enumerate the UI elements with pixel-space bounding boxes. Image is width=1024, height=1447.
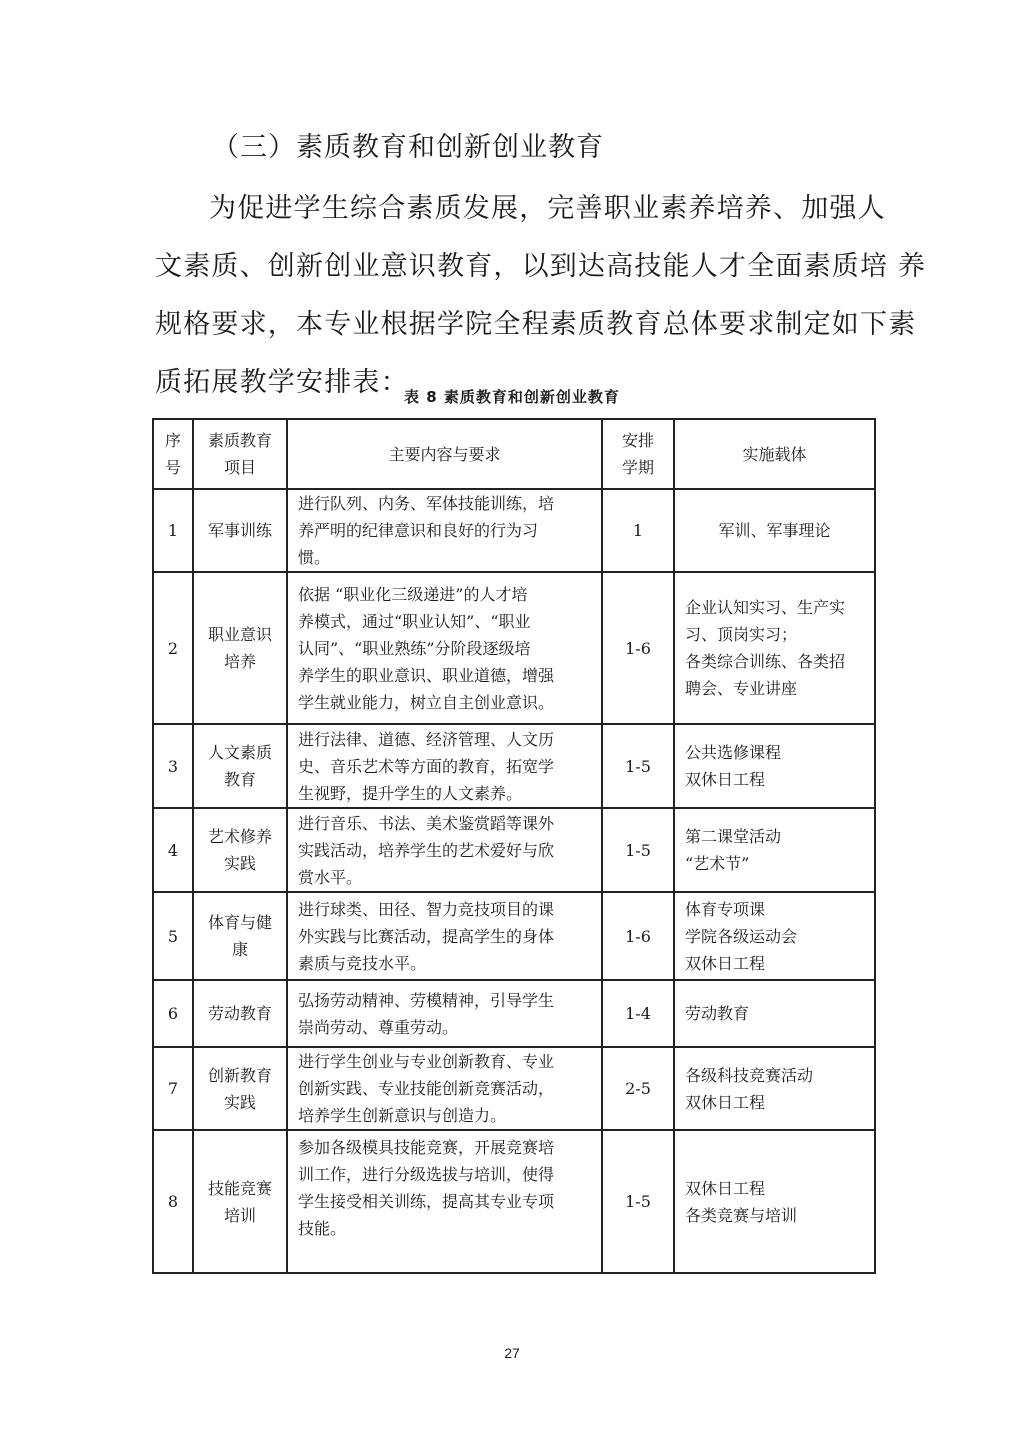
cell-index: 3	[153, 724, 193, 808]
cell-item: 劳动教育	[193, 980, 287, 1047]
cell-content: 依据 “职业化三级递进”的人才培养模式，通过“职业认知”、“职业认同”、“职业熟…	[287, 572, 602, 724]
header-content: 主要内容与要求	[287, 419, 602, 489]
table-row: 6劳动教育弘扬劳动精神、劳模精神，引导学生崇尚劳动、尊重劳动。1-4劳动教育	[153, 980, 875, 1047]
cell-index: 1	[153, 489, 193, 572]
table-row: 2职业意识培养依据 “职业化三级递进”的人才培养模式，通过“职业认知”、“职业认…	[153, 572, 875, 724]
cell-index: 8	[153, 1130, 193, 1273]
cell-carrier: 双休日工程各类竞赛与培训	[674, 1130, 875, 1273]
table-caption: 表 8 素质教育和创新创业教育	[0, 385, 1024, 409]
cell-content: 进行球类、田径、智力竞技项目的课外实践与比赛活动，提高学生的身体素质与竞技水平。	[287, 892, 602, 980]
cell-content: 进行音乐、书法、美术鉴赏蹈等课外实践活动，培养学生的艺术爱好与欣赏水平。	[287, 808, 602, 892]
cell-carrier: 企业认知实习、生产实习、顶岗实习；各类综合训练、各类招聘会、专业讲座	[674, 572, 875, 724]
cell-carrier: 体育专项课学院各级运动会双休日工程	[674, 892, 875, 980]
paragraph-line: 文素质、创新创业意识教育，以到达高技能人才全面素质培 养	[155, 238, 875, 296]
table-row: 7创新教育实践进行学生创业与专业创新教育、专业创新实践、专业技能创新竞赛活动，培…	[153, 1047, 875, 1130]
cell-term: 1-4	[602, 980, 674, 1047]
cell-carrier: 劳动教育	[674, 980, 875, 1047]
cell-content: 进行队列、内务、军体技能训练，培养严明的纪律意识和良好的行为习惯。	[287, 489, 602, 572]
table-row: 8技能竞赛培训参加各级模具技能竞赛，开展竞赛培训工作，进行分级选拔与培训，使得学…	[153, 1130, 875, 1273]
cell-item: 军事训练	[193, 489, 287, 572]
cell-index: 5	[153, 892, 193, 980]
quality-education-table: 序 号 素质教育 项目 主要内容与要求 安排 学期 实施载体 1军事训练进行队列…	[152, 418, 876, 1274]
page-number: 27	[0, 1345, 1024, 1361]
table-row: 5体育与健康进行球类、田径、智力竞技项目的课外实践与比赛活动，提高学生的身体素质…	[153, 892, 875, 980]
table-header-row: 序 号 素质教育 项目 主要内容与要求 安排 学期 实施载体	[153, 419, 875, 489]
cell-index: 7	[153, 1047, 193, 1130]
cell-index: 6	[153, 980, 193, 1047]
cell-item: 创新教育实践	[193, 1047, 287, 1130]
header-term: 安排 学期	[602, 419, 674, 489]
cell-index: 4	[153, 808, 193, 892]
cell-item: 体育与健康	[193, 892, 287, 980]
header-carrier: 实施载体	[674, 419, 875, 489]
cell-carrier: 公共选修课程双休日工程	[674, 724, 875, 808]
cell-term: 1-6	[602, 892, 674, 980]
cell-index: 2	[153, 572, 193, 724]
cell-term: 1	[602, 489, 674, 572]
section-heading: （三）素质教育和创新创业教育	[212, 128, 604, 168]
cell-carrier: 第二课堂活动 “艺术节”	[674, 808, 875, 892]
cell-content: 进行学生创业与专业创新教育、专业创新实践、专业技能创新竞赛活动，培养学生创新意识…	[287, 1047, 602, 1130]
table-row: 4艺术修养实践进行音乐、书法、美术鉴赏蹈等课外实践活动，培养学生的艺术爱好与欣赏…	[153, 808, 875, 892]
table-row: 3人文素质教育进行法律、道德、经济管理、人文历史、音乐艺术等方面的教育，拓宽学生…	[153, 724, 875, 808]
cell-carrier: 各级科技竞赛活动双休日工程	[674, 1047, 875, 1130]
table-row: 1军事训练进行队列、内务、军体技能训练，培养严明的纪律意识和良好的行为习惯。1军…	[153, 489, 875, 572]
cell-term: 2-5	[602, 1047, 674, 1130]
cell-item: 艺术修养实践	[193, 808, 287, 892]
cell-term: 1-5	[602, 808, 674, 892]
paragraph-line: 为促进学生综合素质发展，完善职业素养培养、加强人	[155, 180, 875, 238]
cell-item: 技能竞赛培训	[193, 1130, 287, 1273]
intro-paragraph: 为促进学生综合素质发展，完善职业素养培养、加强人 文素质、创新创业意识教育，以到…	[155, 180, 875, 412]
cell-content: 进行法律、道德、经济管理、人文历史、音乐艺术等方面的教育，拓宽学生视野，提升学生…	[287, 724, 602, 808]
header-index: 序 号	[153, 419, 193, 489]
cell-content: 参加各级模具技能竞赛，开展竞赛培训工作，进行分级选拔与培训，使得学生接受相关训练…	[287, 1130, 602, 1273]
cell-item: 人文素质教育	[193, 724, 287, 808]
header-item: 素质教育 项目	[193, 419, 287, 489]
cell-term: 1-5	[602, 1130, 674, 1273]
cell-carrier: 军训、军事理论	[674, 489, 875, 572]
cell-content: 弘扬劳动精神、劳模精神，引导学生崇尚劳动、尊重劳动。	[287, 980, 602, 1047]
cell-term: 1-5	[602, 724, 674, 808]
cell-item: 职业意识培养	[193, 572, 287, 724]
paragraph-line: 规格要求，本专业根据学院全程素质教育总体要求制定如下素	[155, 296, 875, 354]
cell-term: 1-6	[602, 572, 674, 724]
